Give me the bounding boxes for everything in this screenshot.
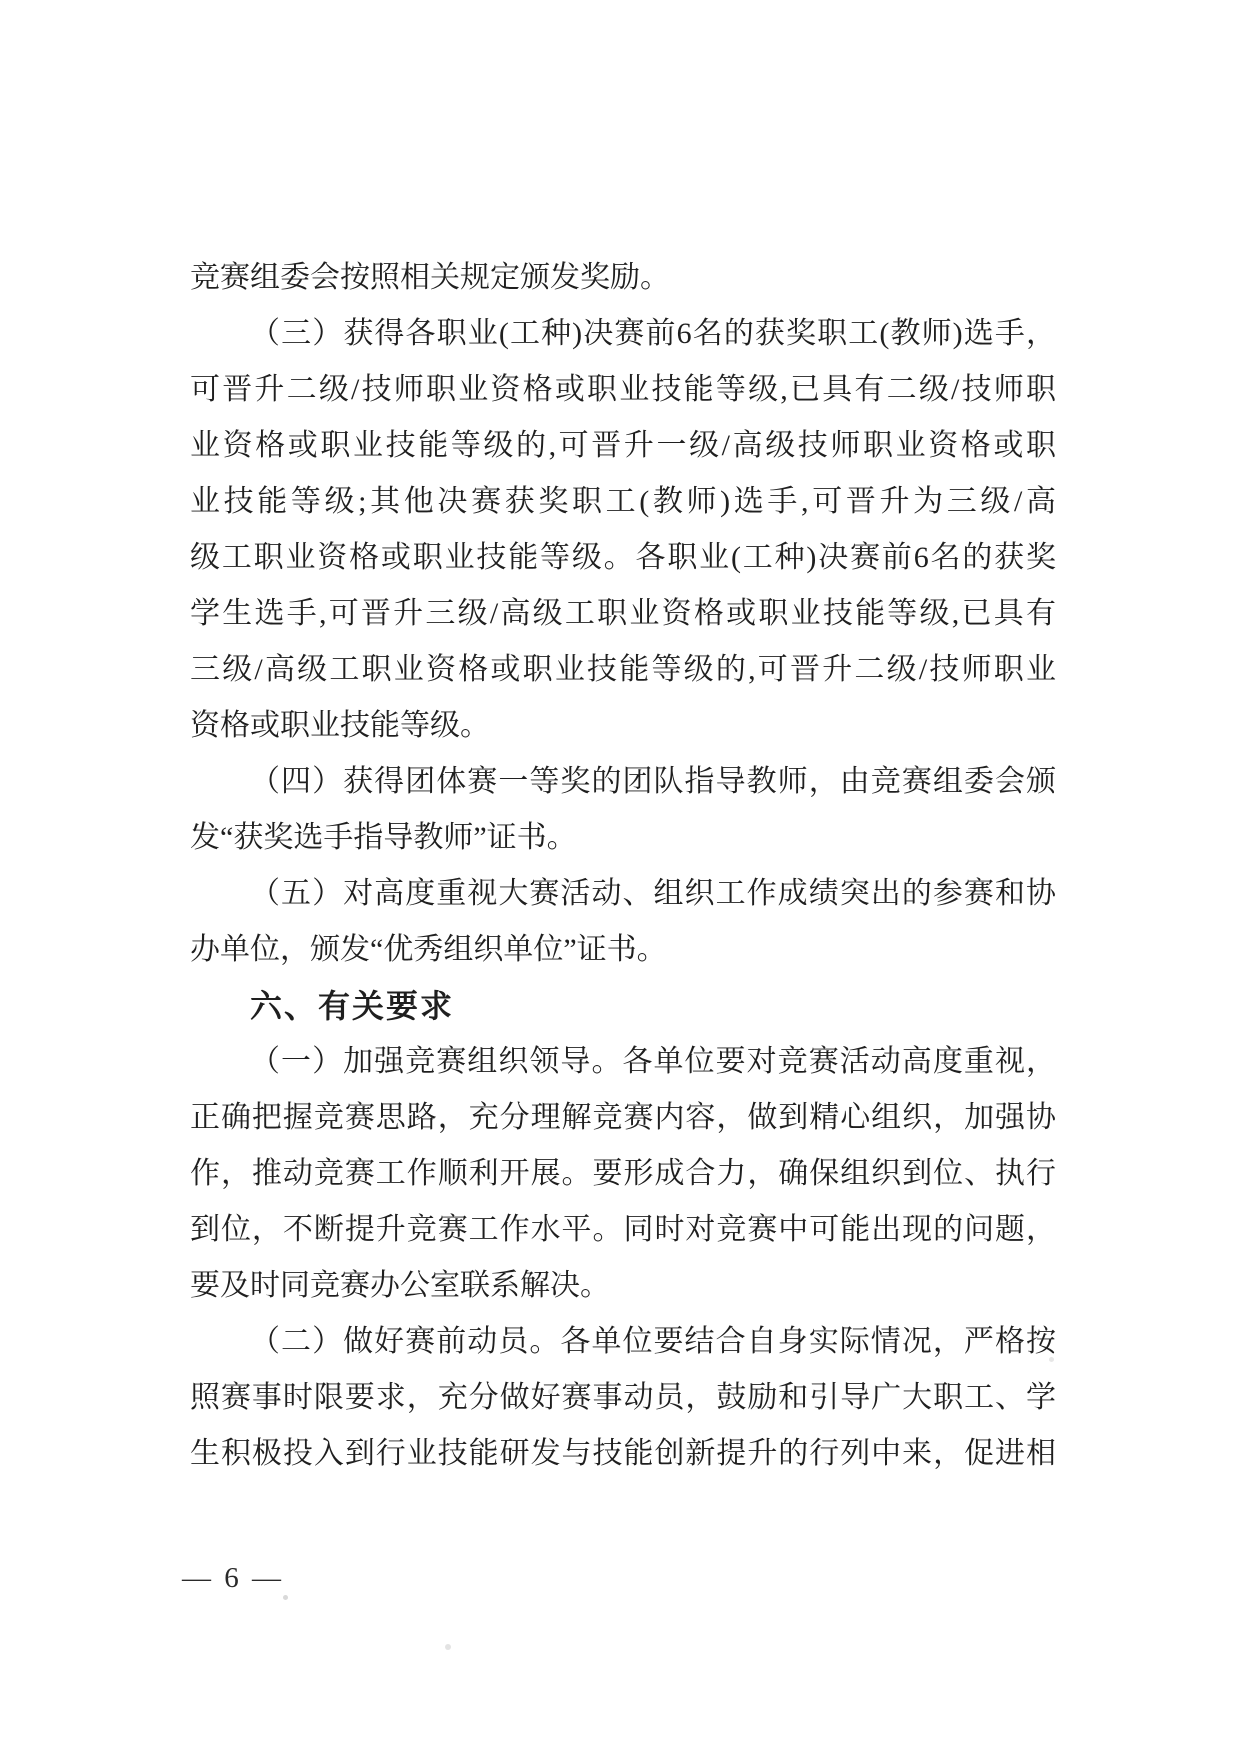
text-line: 要及时同竞赛办公室联系解决。 [190, 1258, 1056, 1314]
text-line: 办单位，颁发“优秀组织单位”证书。 [190, 922, 1056, 978]
text-line: 到位，不断提升竞赛工作水平。同时对竞赛中可能出现的问题， [190, 1202, 1056, 1258]
scan-speck [548, 1389, 553, 1394]
text-line: （四）获得团体赛一等奖的团队指导教师，由竞赛组委会颁 [190, 754, 1056, 810]
text-line: （三）获得各职业(工种)决赛前6名的获奖职工(教师)选手， [190, 306, 1056, 362]
text-line: 可晋升二级/技师职业资格或职业技能等级,已具有二级/技师职 [190, 362, 1056, 418]
text-line: 级工职业资格或职业技能等级。各职业(工种)决赛前6名的获奖 [190, 530, 1056, 586]
text-line: （二）做好赛前动员。各单位要结合自身实际情况，严格按 [190, 1314, 1056, 1370]
text-line: 生积极投入到行业技能研发与技能创新提升的行列中来，促进相 [190, 1426, 1056, 1482]
text-line: 作，推动竞赛工作顺利开展。要形成合力，确保组织到位、执行 [190, 1146, 1056, 1202]
text-line: 正确把握竞赛思路，充分理解竞赛内容，做到精心组织，加强协 [190, 1090, 1056, 1146]
scan-speck [1049, 1357, 1054, 1362]
document-lines: 竞赛组委会按照相关规定颁发奖励。（三）获得各职业(工种)决赛前6名的获奖职工(教… [190, 250, 1056, 1482]
section-heading: 六、有关要求 [190, 978, 1056, 1034]
scan-speck [445, 1644, 451, 1650]
text-line: 学生选手,可晋升三级/高级工职业资格或职业技能等级,已具有 [190, 586, 1056, 642]
text-line: 资格或职业技能等级。 [190, 698, 1056, 754]
page-number: — 6 — [182, 1562, 284, 1595]
text-line: 发“获奖选手指导教师”证书。 [190, 810, 1056, 866]
text-line: 竞赛组委会按照相关规定颁发奖励。 [190, 250, 1056, 306]
text-line: （五）对高度重视大赛活动、组织工作成绩突出的参赛和协 [190, 866, 1056, 922]
text-line: 照赛事时限要求，充分做好赛事动员，鼓励和引导广大职工、学 [190, 1370, 1056, 1426]
text-line: 业资格或职业技能等级的,可晋升一级/高级技师职业资格或职 [190, 418, 1056, 474]
text-line: （一）加强竞赛组织领导。各单位要对竞赛活动高度重视， [190, 1034, 1056, 1090]
scan-speck [283, 1595, 288, 1600]
text-line: 业技能等级;其他决赛获奖职工(教师)选手,可晋升为三级/高 [190, 474, 1056, 530]
text-line: 三级/高级工职业资格或职业技能等级的,可晋升二级/技师职业 [190, 642, 1056, 698]
document-page: 竞赛组委会按照相关规定颁发奖励。（三）获得各职业(工种)决赛前6名的获奖职工(教… [0, 0, 1240, 1755]
